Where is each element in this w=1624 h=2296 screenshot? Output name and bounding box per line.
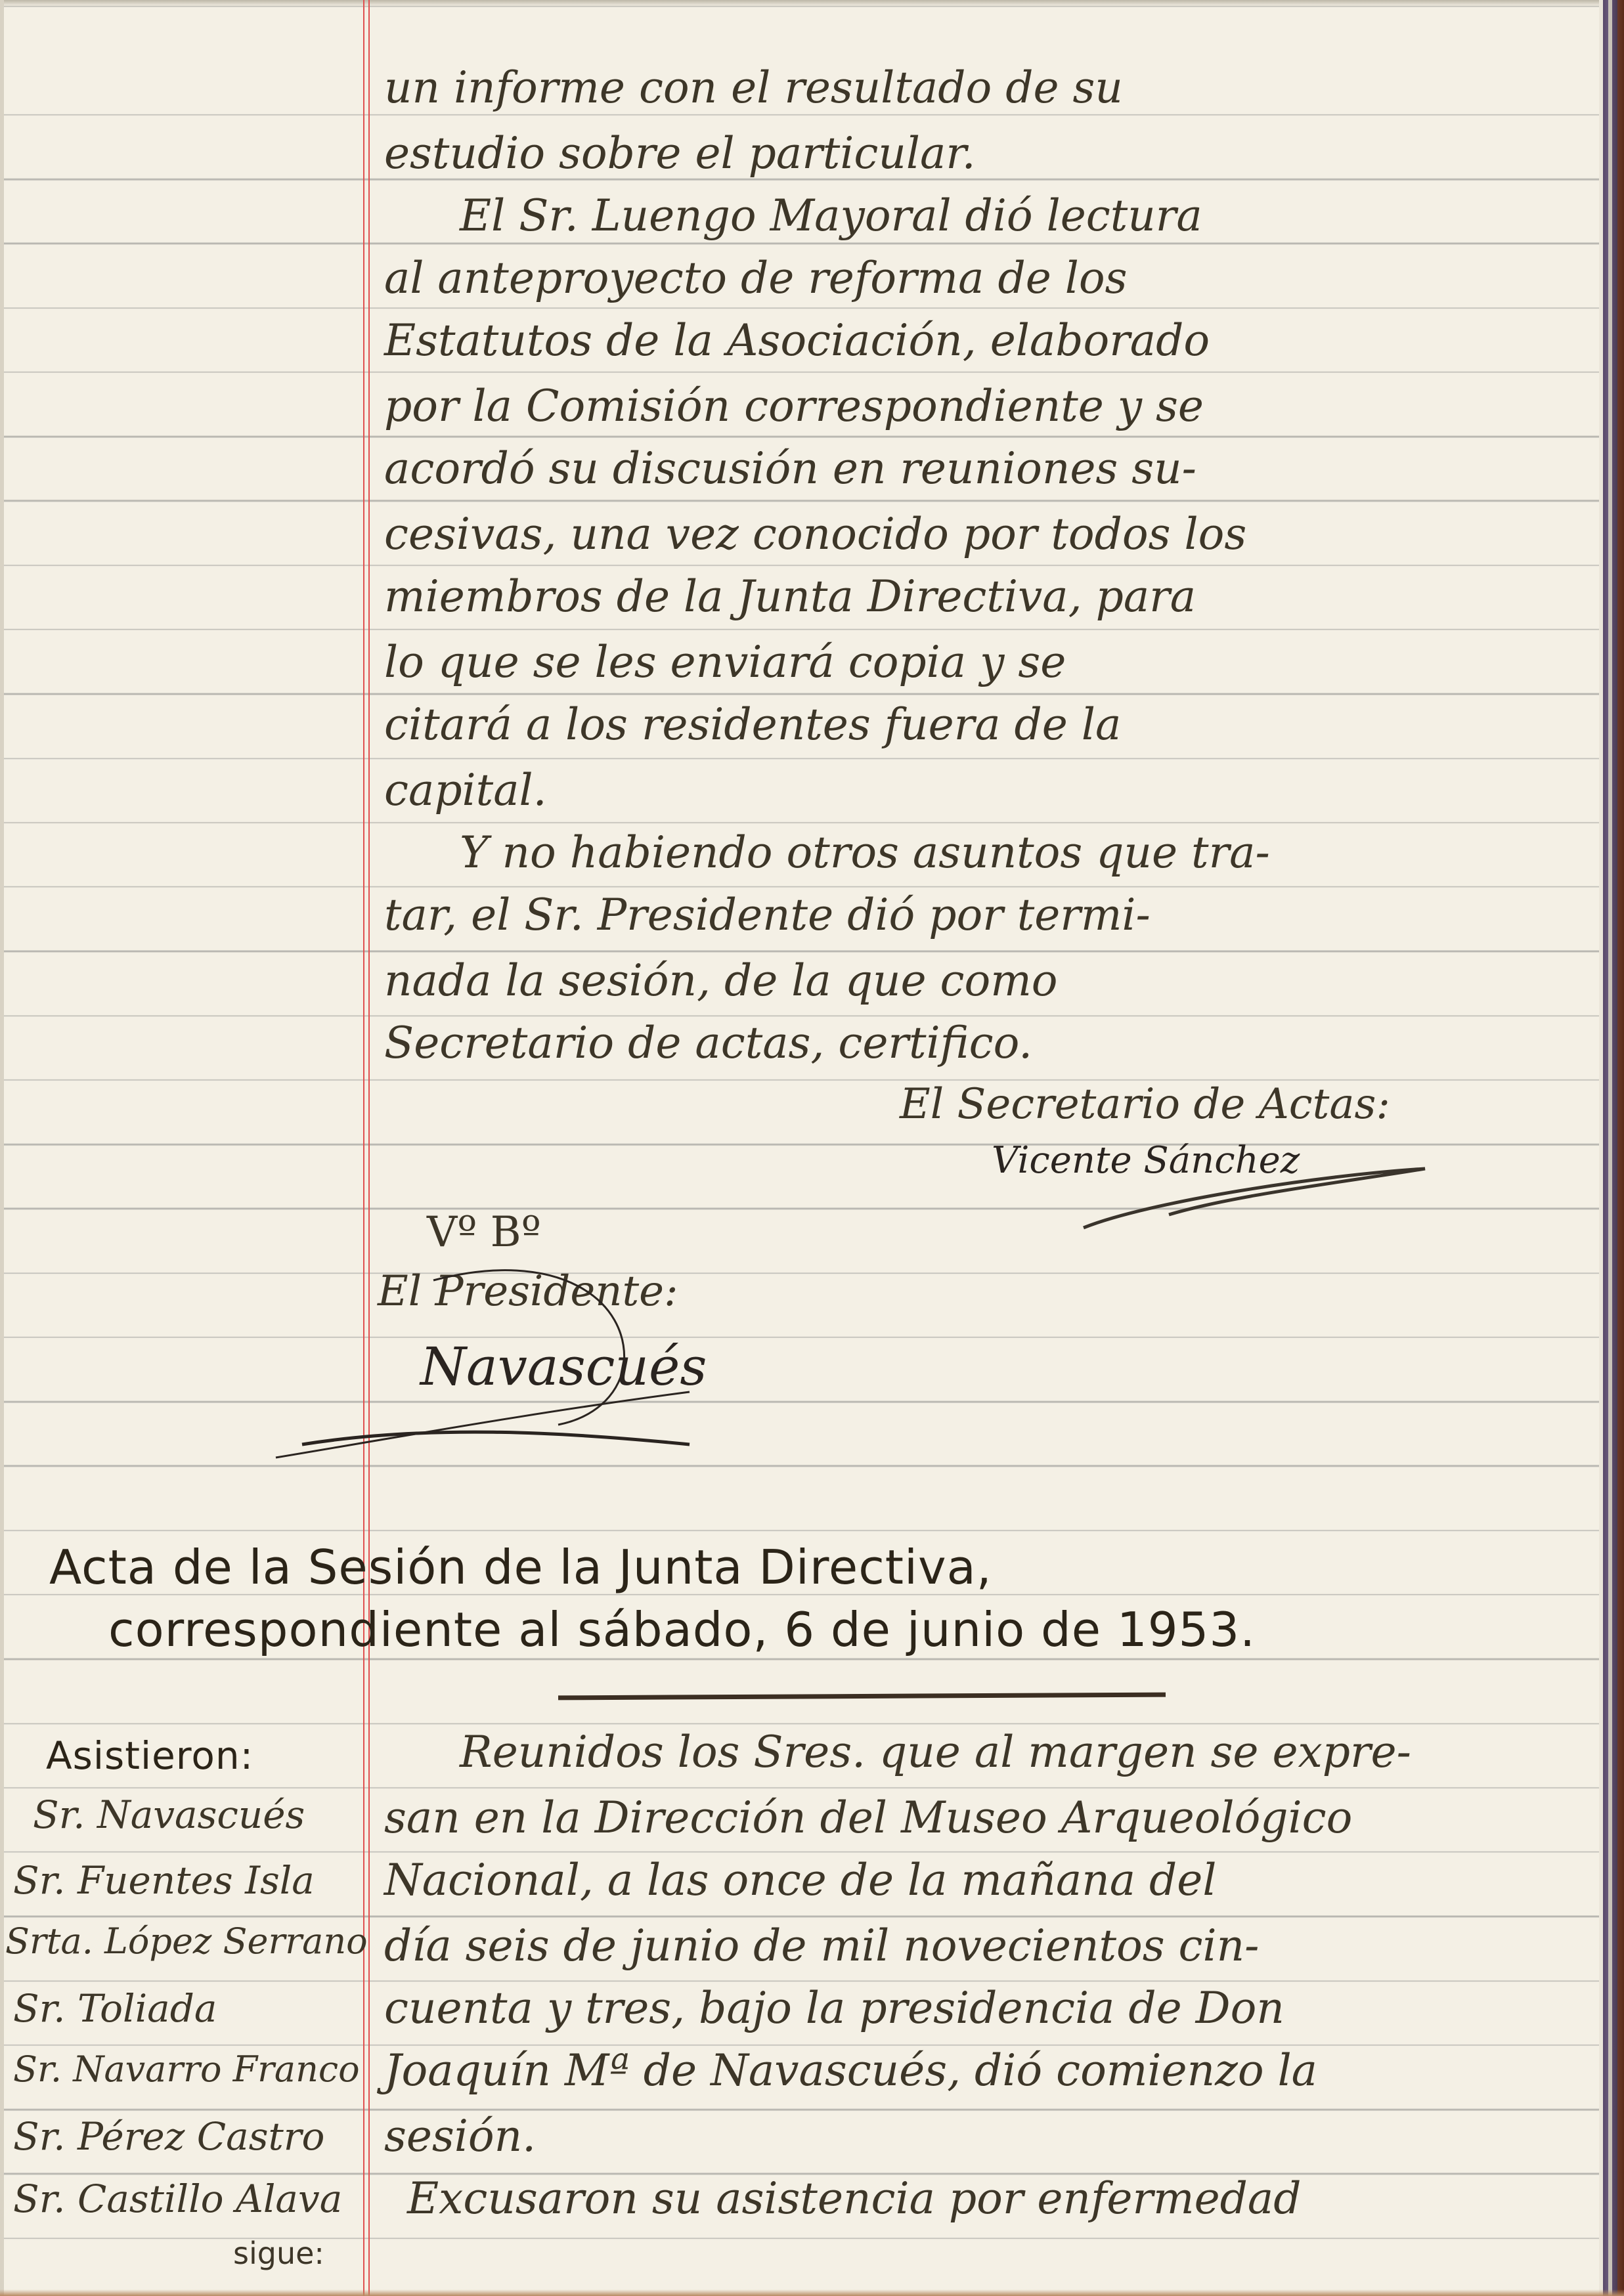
- page-bottom-edge: [0, 2289, 1624, 2296]
- text-line: por la Comisión correspondiente y se: [384, 381, 1204, 431]
- text-line: Excusaron su asistencia por enfermedad: [407, 2173, 1302, 2224]
- text-line: Y no habiendo otros asuntos que tra-: [460, 827, 1270, 878]
- president-signature-flourish: [263, 1261, 893, 1497]
- attendee-item: Sr. Navarro Franco: [13, 2048, 360, 2090]
- text-line: Estatutos de la Asociación, elaborado: [384, 315, 1210, 366]
- text-line: san en la Dirección del Museo Arqueológi…: [384, 1792, 1352, 1843]
- text-line: cesivas, una vez conocido por todos los: [384, 509, 1246, 559]
- text-line: miembros de la Junta Directiva, para: [384, 571, 1196, 622]
- text-line: Secretario de actas, certifico.: [384, 1018, 1032, 1068]
- text-line: capital.: [384, 765, 547, 815]
- text-line: El Sr. Luengo Mayoral dió lectura: [460, 190, 1202, 241]
- text-line: Nacional, a las once de la mañana del: [384, 1855, 1216, 1905]
- page-left-edge: [0, 0, 4, 2296]
- attendee-item: Sr. Navascués: [33, 1792, 305, 1837]
- minutes-title-line2: correspondiente al sábado, 6 de junio de…: [108, 1602, 1256, 1657]
- text-line: citará a los residentes fuera de la: [384, 699, 1121, 750]
- attendees-label: Asistieron:: [46, 1733, 253, 1778]
- text-line: tar, el Sr. Presidente dió por termi-: [384, 890, 1151, 940]
- continues-label: sigue:: [233, 2236, 324, 2271]
- text-line: sesión.: [384, 2111, 536, 2161]
- text-line: día seis de junio de mil novecientos cin…: [384, 1920, 1259, 1971]
- text-line: Reunidos los Sres. que al margen se expr…: [460, 1727, 1411, 1777]
- text-line: estudio sobre el particular.: [384, 128, 976, 179]
- attendee-item: Sr. Fuentes Isla: [13, 1858, 315, 1903]
- attendee-item: Srta. López Serrano: [5, 1920, 368, 1962]
- secretary-label: El Secretario de Actas:: [900, 1080, 1390, 1129]
- text-line: nada la sesión, de la que como: [384, 955, 1058, 1006]
- attendee-item: Sr. Pérez Castro: [13, 2114, 324, 2159]
- page-top-shadow: [0, 0, 1624, 7]
- attendee-item: Sr. Toliada: [13, 1986, 217, 2031]
- title-underline-rule: [558, 1693, 1166, 1700]
- approval-mark: Vº Bº: [427, 1208, 541, 1257]
- text-line: Joaquín Mª de Navascués, dió comienzo la: [384, 2045, 1317, 2096]
- secretary-signature-flourish: [1070, 1162, 1438, 1234]
- text-line: lo que se les enviará copia y se: [384, 637, 1066, 687]
- ledger-page: un informe con el resultado de su estudi…: [0, 0, 1624, 2296]
- text-line: un informe con el resultado de su: [384, 62, 1123, 113]
- text-line: acordó su discusión en reuniones su-: [384, 443, 1196, 494]
- text-line: al anteproyecto de reforma de los: [384, 253, 1127, 303]
- book-binding-edge: [1599, 0, 1624, 2296]
- text-line: cuenta y tres, bajo la presidencia de Do…: [384, 1983, 1284, 2033]
- attendee-item: Sr. Castillo Alava: [13, 2177, 342, 2221]
- red-margin-line: [368, 0, 370, 2296]
- minutes-title-line1: Acta de la Sesión de la Junta Directiva,: [49, 1540, 992, 1595]
